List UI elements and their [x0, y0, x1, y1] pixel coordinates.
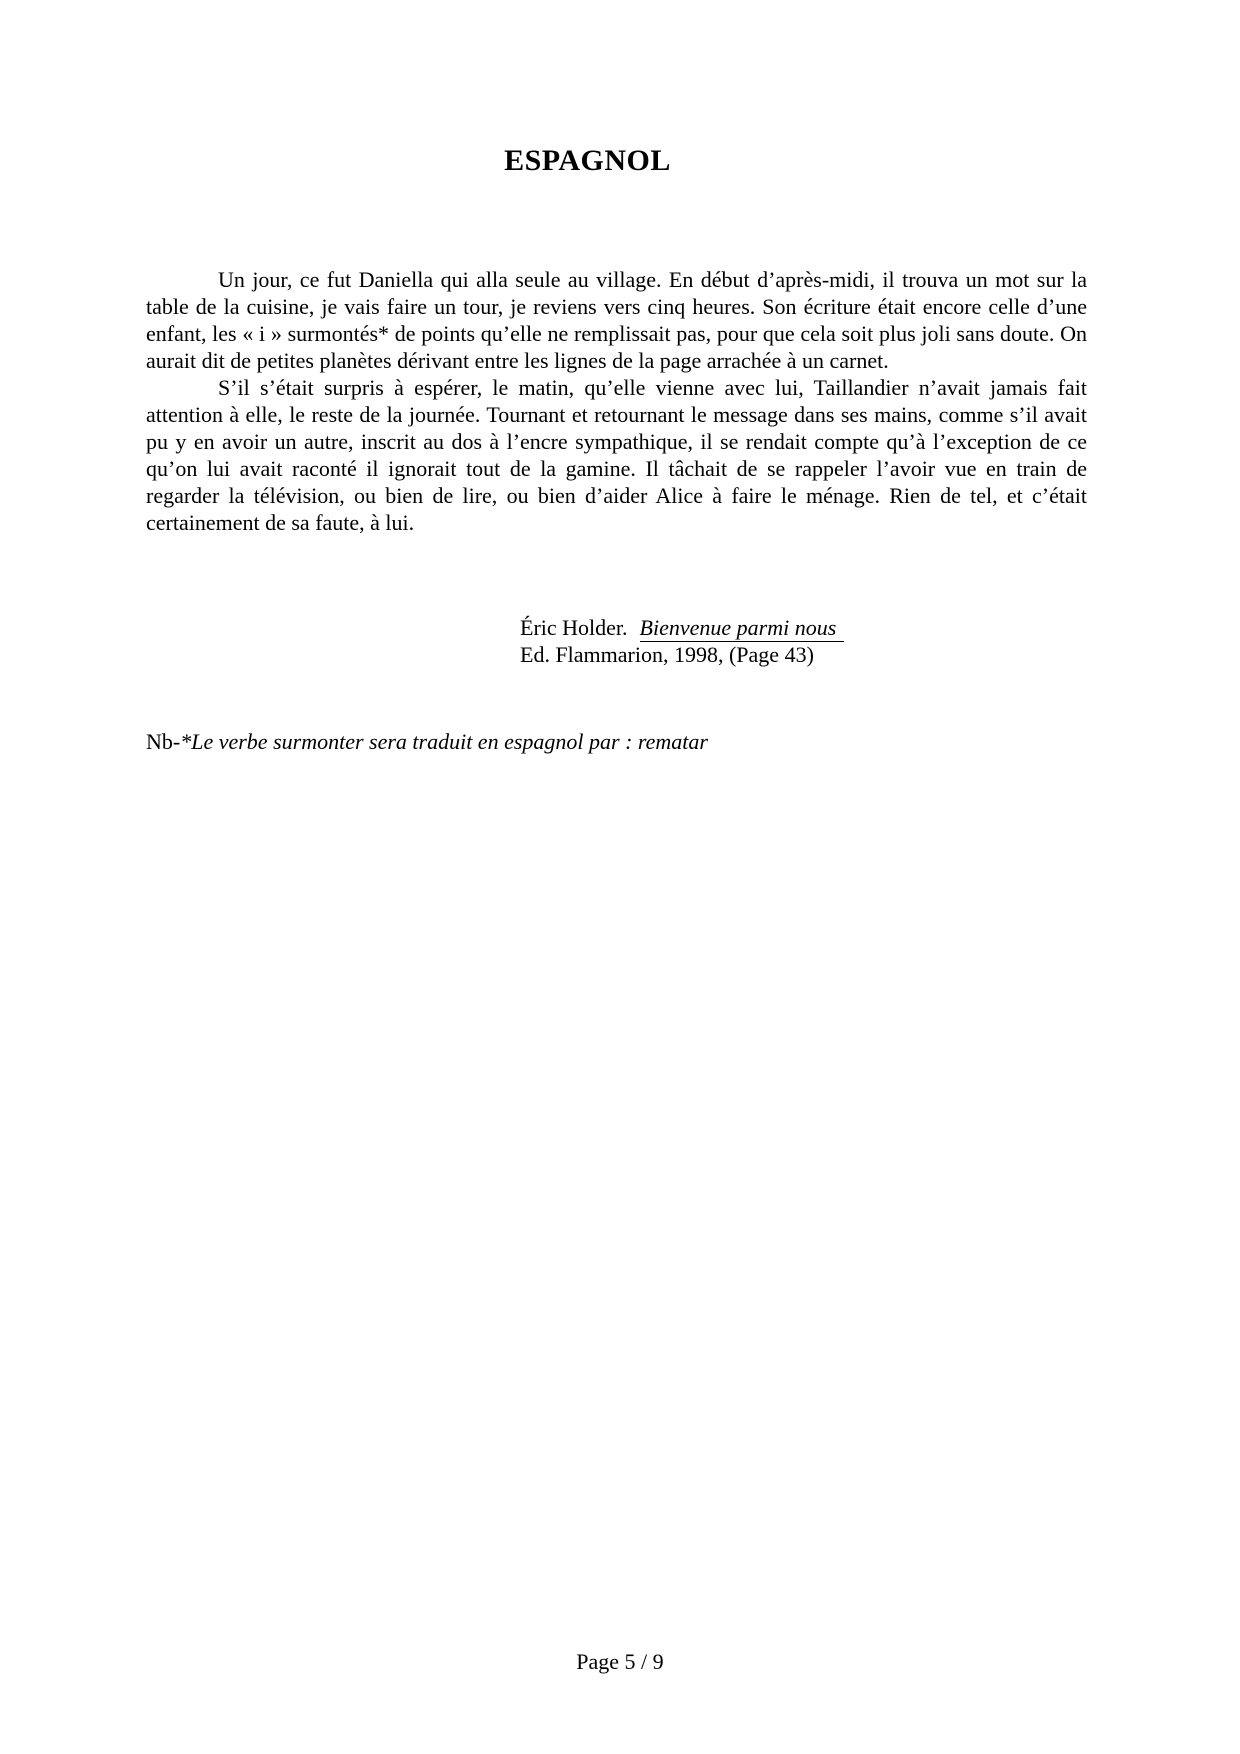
- publisher-line: Ed. Flammarion, 1998, (Page 43): [520, 641, 1087, 668]
- text-excerpt: Un jour, ce fut Daniella qui alla seule …: [146, 266, 1087, 536]
- note-prefix: Nb-: [146, 729, 180, 754]
- page-content: ESPAGNOL Un jour, ce fut Daniella qui al…: [146, 0, 1087, 755]
- attribution-line-1: Éric Holder.Bienvenue parmi nous: [520, 614, 1087, 641]
- document-page: ESPAGNOL Un jour, ce fut Daniella qui al…: [0, 0, 1240, 1754]
- page-number: Page 5 / 9: [0, 1648, 1240, 1675]
- page-title: ESPAGNOL: [117, 143, 1058, 178]
- excerpt-paragraph-1: Un jour, ce fut Daniella qui alla seule …: [146, 266, 1087, 374]
- excerpt-paragraph-2: S’il s’était surpris à espérer, le matin…: [146, 374, 1087, 536]
- note-text: *Le verbe surmonter sera traduit en espa…: [180, 729, 708, 754]
- attribution-block: Éric Holder.Bienvenue parmi nous Ed. Fla…: [146, 614, 1087, 668]
- author-name: Éric Holder.: [520, 615, 628, 640]
- book-title: Bienvenue parmi nous: [640, 615, 845, 642]
- translation-note: Nb-*Le verbe surmonter sera traduit en e…: [146, 728, 1087, 755]
